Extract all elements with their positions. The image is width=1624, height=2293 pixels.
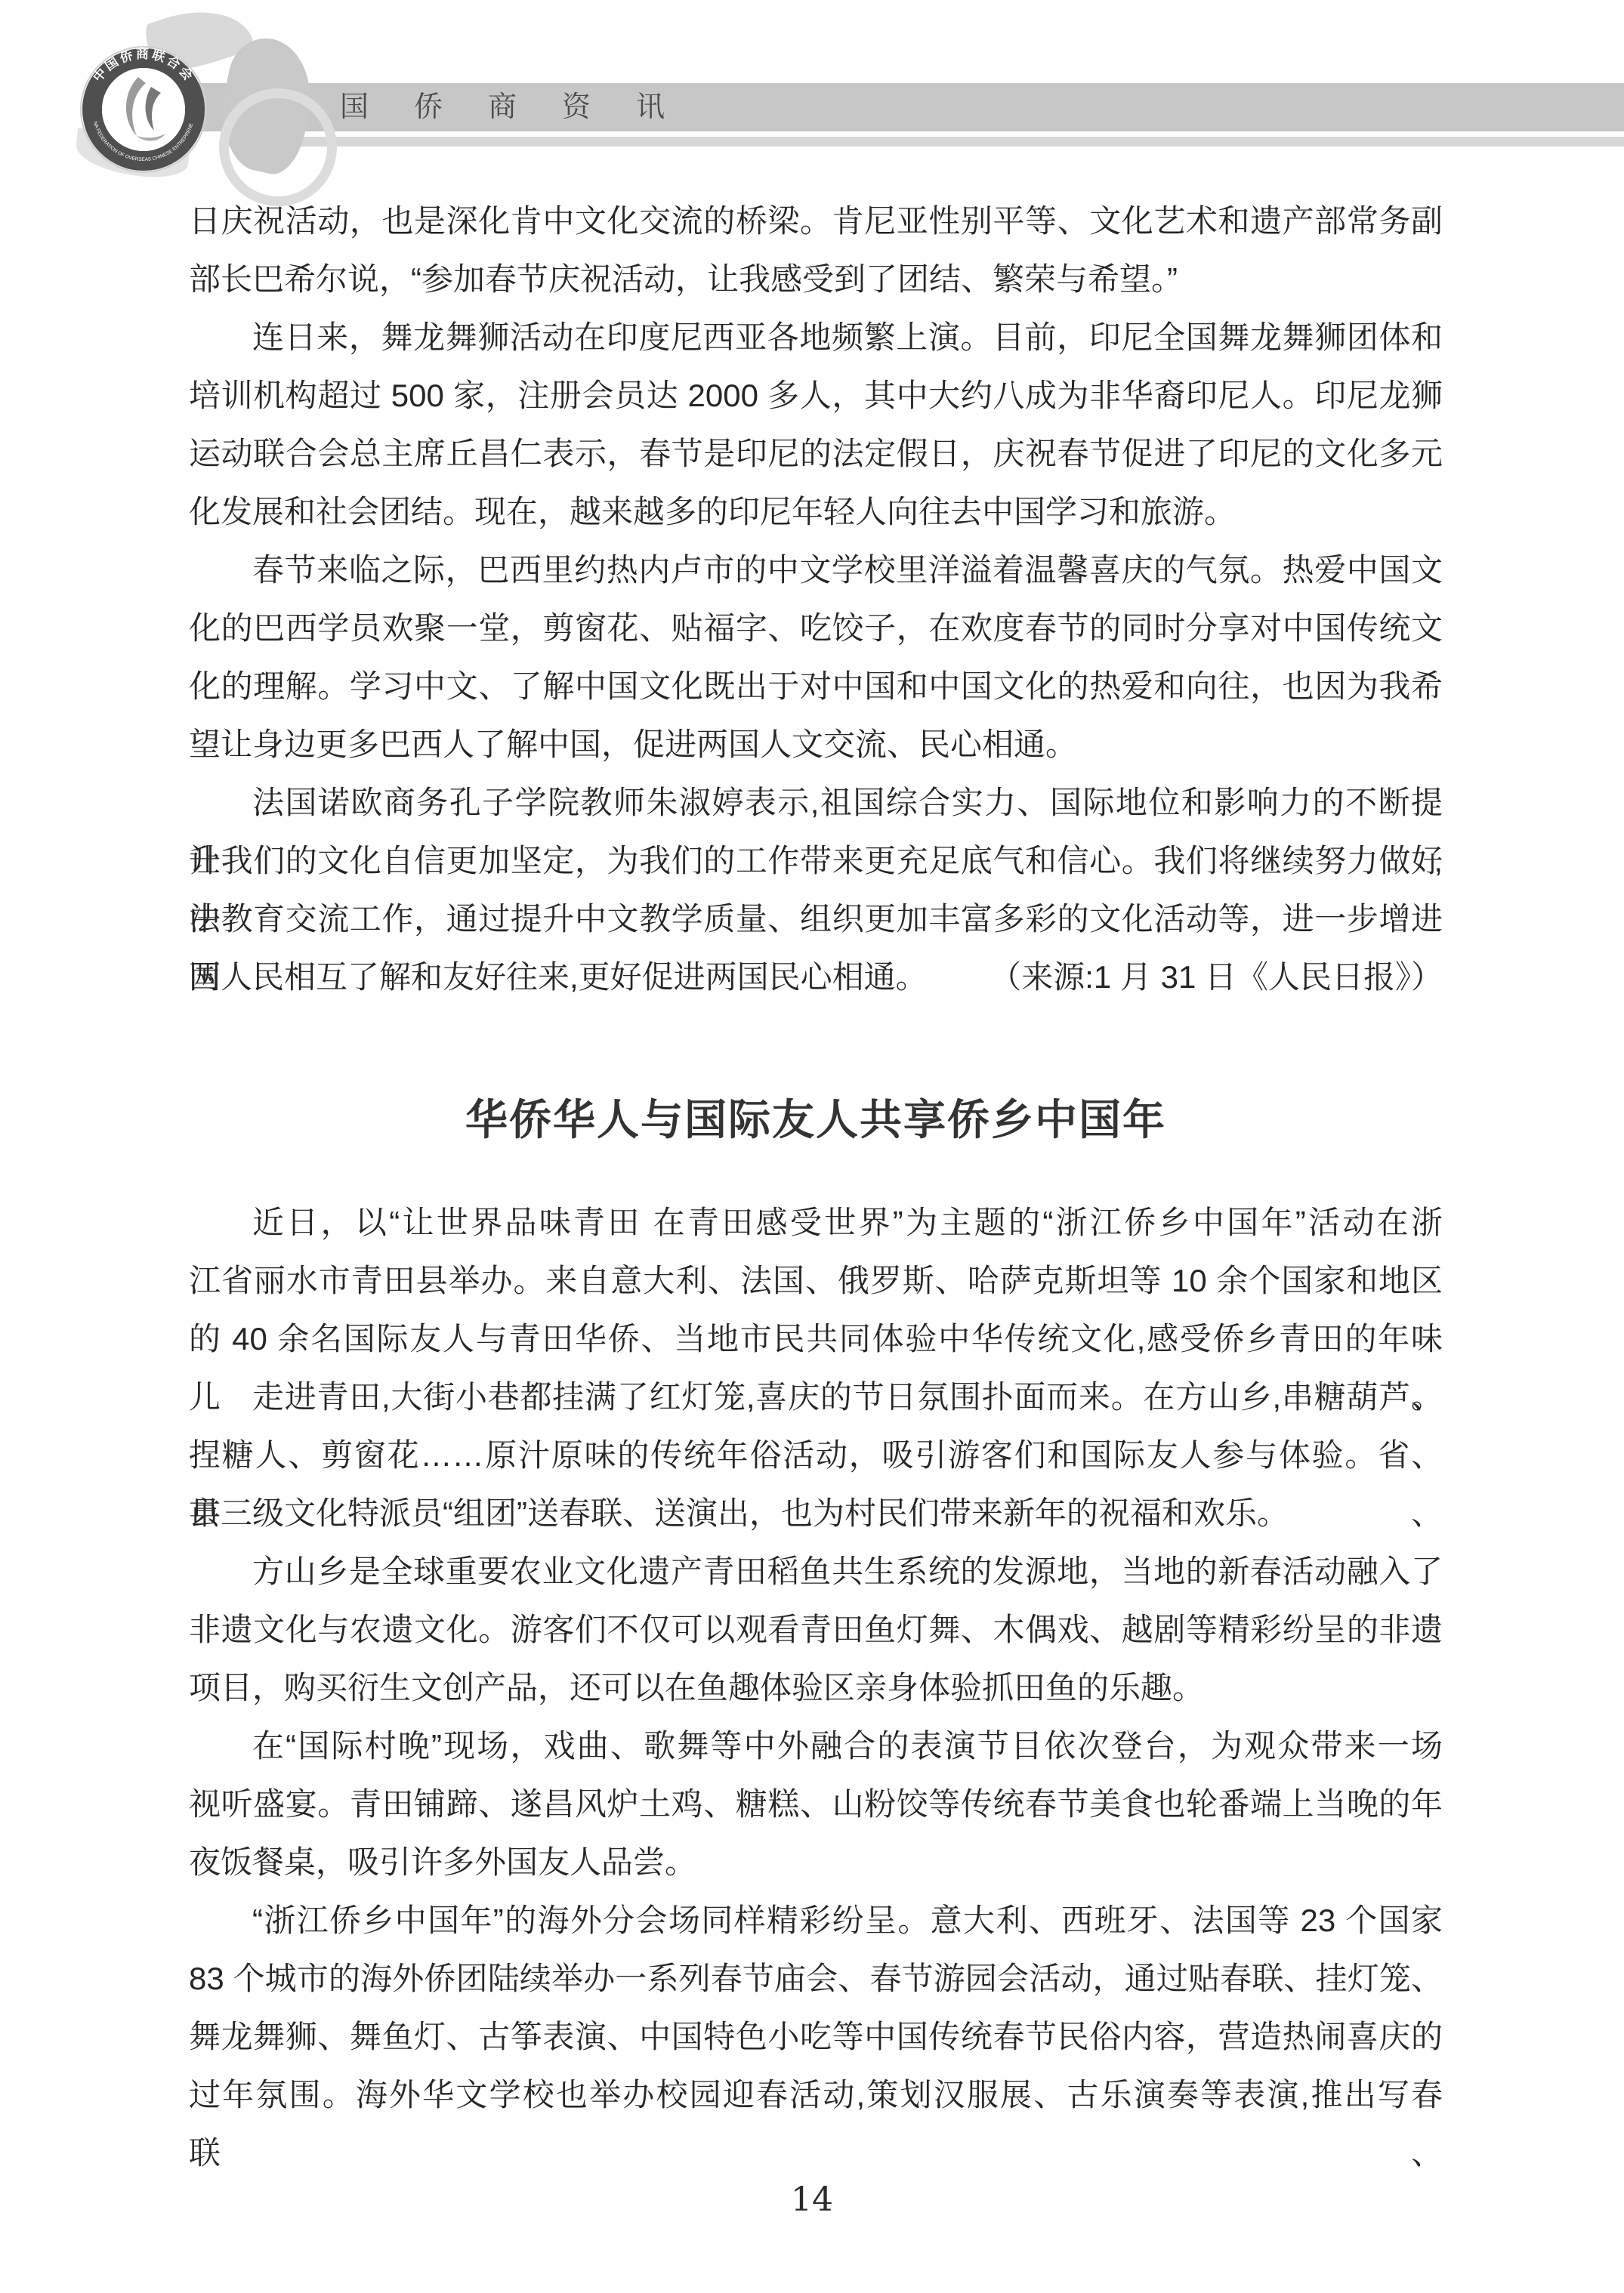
text-line: 走进青田,大街小巷都挂满了红灯笼,喜庆的节日氛围扑面而来。在方山乡,串糖葫芦、 bbox=[189, 1368, 1443, 1426]
text-line: 项目，购买衍生文创产品，还可以在鱼趣体验区亲身体验抓田鱼的乐趣。 bbox=[189, 1659, 1443, 1717]
text-line: 连日来，舞龙舞狮活动在印度尼西亚各地频繁上演。目前，印尼全国舞龙舞狮团体和 bbox=[189, 308, 1443, 366]
text-line: 化的理解。学习中文、了解中国文化既出于对中国和中国文化的热爱和向往，也因为我希 bbox=[189, 657, 1443, 715]
text-line: 捏糖人、剪窗花……原汁原味的传统年俗活动，吸引游客们和国际友人参与体验。省、市、 bbox=[189, 1426, 1443, 1484]
text-line: 江省丽水市青田县举办。来自意大利、法国、俄罗斯、哈萨克斯坦等 10 余个国家和地… bbox=[189, 1251, 1443, 1310]
text-line: 过年氛围。海外华文学校也举办校园迎春活动,策划汉服展、古乐演奏等表演,推出写春联… bbox=[189, 2066, 1443, 2124]
text-line: 法国诺欧商务孔子学院教师朱淑婷表示,祖国综合实力、国际地位和影响力的不断提升, bbox=[189, 773, 1443, 832]
federation-logo: 中国侨商联合会 CHINA FEDERATION OF OVERSEAS CHI… bbox=[76, 9, 355, 190]
text-line-main: 国人民相互了解和友好往来,更好促进两国民心相通。 bbox=[189, 948, 928, 1006]
text-line: 在“国际村晚”现场，戏曲、歌舞等中外融合的表演节目依次登台，为观众带来一场 bbox=[189, 1717, 1443, 1775]
text-line: 春节来临之际，巴西里约热内卢市的中文学校里洋溢着温馨喜庆的气氛。热爱中国文 bbox=[189, 541, 1443, 599]
section-heading: 华侨华人与国际友人共享侨乡中国年 bbox=[189, 1091, 1443, 1149]
text-line: 国人民相互了解和友好往来,更好促进两国民心相通。（来源:1 月 31 日《人民日… bbox=[189, 948, 1443, 1006]
text-line: 非遗文化与农遗文化。游客们不仅可以观看青田鱼灯舞、木偶戏、越剧等精彩纷呈的非遗 bbox=[189, 1600, 1443, 1659]
text-line: 视听盛宴。青田铺蹄、遂昌风炉土鸡、糖糕、山粉饺等传统春节美食也轮番端上当晚的年 bbox=[189, 1775, 1443, 1833]
text-line: 舞龙舞狮、舞鱼灯、古筝表演、中国特色小吃等中国传统春节民俗内容，营造热闹喜庆的 bbox=[189, 2008, 1443, 2066]
logo-emblem-icon: 中国侨商联合会 CHINA FEDERATION OF OVERSEAS CHI… bbox=[79, 45, 208, 174]
text-line: 日庆祝活动，也是深化肯中文化交流的桥梁。肯尼亚性别平等、文化艺术和遗产部常务副 bbox=[189, 192, 1443, 250]
text-line: 法教育交流工作，通过提升中文教学质量、组织更加丰富多彩的文化活动等，进一步增进两 bbox=[189, 890, 1443, 948]
masthead-banner: 中国侨商资讯 bbox=[190, 83, 1624, 131]
text-line: 培训机构超过 500 家，注册会员达 2000 多人，其中大约八成为非华裔印尼人… bbox=[189, 366, 1443, 424]
text-line: 夜饭餐桌，吸引许多外国友人品尝。 bbox=[189, 1833, 1443, 1891]
text-line: 望让身边更多巴西人了解中国，促进两国人文交流、民心相通。 bbox=[189, 715, 1443, 773]
article-qingtian-chinese-new-year: 近日，以“让世界品味青田 在青田感受世界”为主题的“浙江侨乡中国年”活动在浙江省… bbox=[189, 1193, 1443, 2124]
text-line: 的 40 余名国际友人与青田华侨、当地市民共同体验中华传统文化,感受侨乡青田的年… bbox=[189, 1310, 1443, 1368]
text-line: “浙江侨乡中国年”的海外分会场同样精彩纷呈。意大利、西班牙、法国等 23 个国家 bbox=[189, 1891, 1443, 1949]
page-number: 14 bbox=[0, 2177, 1624, 2223]
text-line: 方山乡是全球重要农业文化遗产青田稻鱼共生系统的发源地，当地的新春活动融入了 bbox=[189, 1542, 1443, 1600]
text-line: 运动联合会总主席丘昌仁表示，春节是印尼的法定假日，庆祝春节促进了印尼的文化多元 bbox=[189, 424, 1443, 483]
text-line: 县三级文化特派员“组团”送春联、送演出，也为村民们带来新年的祝福和欢乐。 bbox=[189, 1484, 1443, 1542]
article-spring-festival-abroad: 日庆祝活动，也是深化肯中文化交流的桥梁。肯尼亚性别平等、文化艺术和遗产部常务副部… bbox=[189, 192, 1443, 1006]
masthead-banner-thin-stripe bbox=[227, 137, 1624, 147]
text-line: 化发展和社会团结。现在，越来越多的印尼年轻人向往去中国学习和旅游。 bbox=[189, 483, 1443, 541]
text-line: 部长巴希尔说，“参加春节庆祝活动，让我感受到了团结、繁荣与希望。” bbox=[189, 250, 1443, 308]
document-page: 中国侨商资讯 中国侨商联合会 CHINA FEDERATION OF OVERS… bbox=[0, 0, 1624, 2293]
text-line: 近日，以“让世界品味青田 在青田感受世界”为主题的“浙江侨乡中国年”活动在浙 bbox=[189, 1193, 1443, 1251]
text-line: 83 个城市的海外侨团陆续举办一系列春节庙会、春节游园会活动，通过贴春联、挂灯笼… bbox=[189, 1949, 1443, 2008]
logo-circle-outline bbox=[219, 88, 337, 206]
text-line: 化的巴西学员欢聚一堂，剪窗花、贴福字、吃饺子，在欢度春节的同时分享对中国传统文 bbox=[189, 599, 1443, 657]
source-note: （来源:1 月 31 日《人民日报》） bbox=[990, 948, 1443, 1006]
text-line: 让我们的文化自信更加坚定，为我们的工作带来更充足底气和信心。我们将继续努力做好中 bbox=[189, 832, 1443, 890]
